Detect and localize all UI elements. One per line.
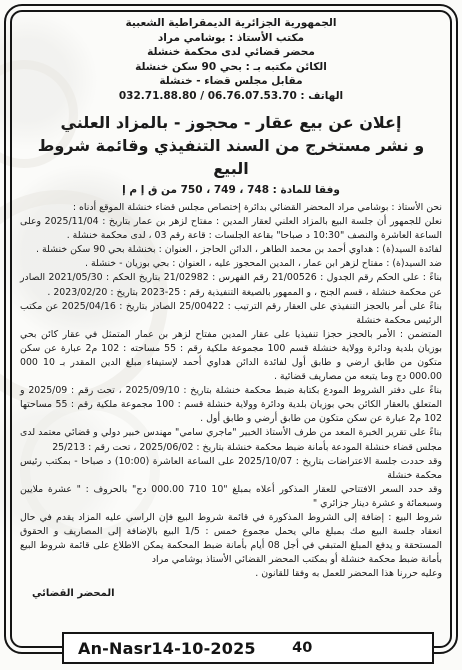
notice-header: الجمهورية الجزائرية الديمقراطية الشعبية …: [20, 16, 442, 104]
office-name-line: مكتب الأستاذ : بوشامي مراد: [20, 31, 442, 46]
page-number: 40: [292, 640, 312, 656]
body-paragraph: المتضمن : الأمر بالحجز حجزا تنفيذيا على …: [20, 328, 442, 384]
notice-body: نحن الأستاذ : بوشامي مراد المحضر القضائي…: [20, 201, 442, 582]
body-paragraph: شروط البيع : إضافة إلى الشروط المذكورة ف…: [20, 511, 442, 567]
bailiff-signature: المحضر القضائي: [20, 588, 442, 599]
body-paragraph: نحن الأستاذ : بوشامي مراد المحضر القضائي…: [20, 201, 442, 215]
phone-line: الهاتف : 06.76.07.53.70 / 032.71.88.80: [20, 89, 442, 104]
republic-line: الجمهورية الجزائرية الديمقراطية الشعبية: [20, 16, 442, 31]
title-line-1: إعلان عن بيع عقار - محجوز - بالمزاد العل…: [20, 111, 442, 134]
scanned-legal-notice-page: { "document": { "header": { "republic": …: [0, 0, 462, 670]
office-address-line: الكائن مكتبه بـ : بحي 90 سكن خنشلة: [20, 60, 442, 75]
notice-content: الجمهورية الجزائرية الديمقراطية الشعبية …: [20, 16, 442, 640]
body-paragraph: لفائدة السيد(ة) : هداوي أحمد بن محمد الط…: [20, 243, 442, 257]
body-paragraph: وقد حدد السعر الافتتاحي للعقار المذكور أ…: [20, 483, 442, 511]
newspaper-footer-box: An-Nasr14-10-2025 40: [62, 632, 434, 664]
body-paragraph: بناءً على تقرير الخبرة المعد من طرف الأس…: [20, 426, 442, 454]
office-address-line2: مقابل مجلس قضاء - خنشلة: [20, 74, 442, 89]
body-paragraph: ضد السيد(ة) : مفتاح لزهر ابن عمار ، المد…: [20, 257, 442, 271]
body-paragraph: وعليه حررنا هذا المحضر للعمل به وفقا للق…: [20, 567, 442, 581]
bailiff-role-line: محضر قضائي لدى محكمة خنشلة: [20, 45, 442, 60]
body-paragraph: نعلن للجمهور أن جلسة البيع بالمزاد العلن…: [20, 215, 442, 243]
body-paragraph: بناءً على دفتر الشروط المودع بكتابة ضبط …: [20, 384, 442, 426]
newspaper-name-date: An-Nasr14-10-2025: [64, 639, 256, 658]
body-paragraph: بناءً : على الحكم رقم الجدول : 21/00526 …: [20, 271, 442, 299]
body-paragraph: وقد حددت جلسة الاعتراضات بتاريخ : 2025/1…: [20, 455, 442, 483]
body-paragraph: بناءً على أمر بالحجز التنفيذي على العقار…: [20, 300, 442, 328]
title-line-2: و نشر مستخرج من السند التنفيذي وقائمة شر…: [20, 134, 442, 180]
announcement-title: إعلان عن بيع عقار - محجوز - بالمزاد العل…: [20, 111, 442, 180]
law-reference: وفقا للمادة : 748 ، 749 ، 750 من ق إ م إ: [20, 183, 442, 198]
